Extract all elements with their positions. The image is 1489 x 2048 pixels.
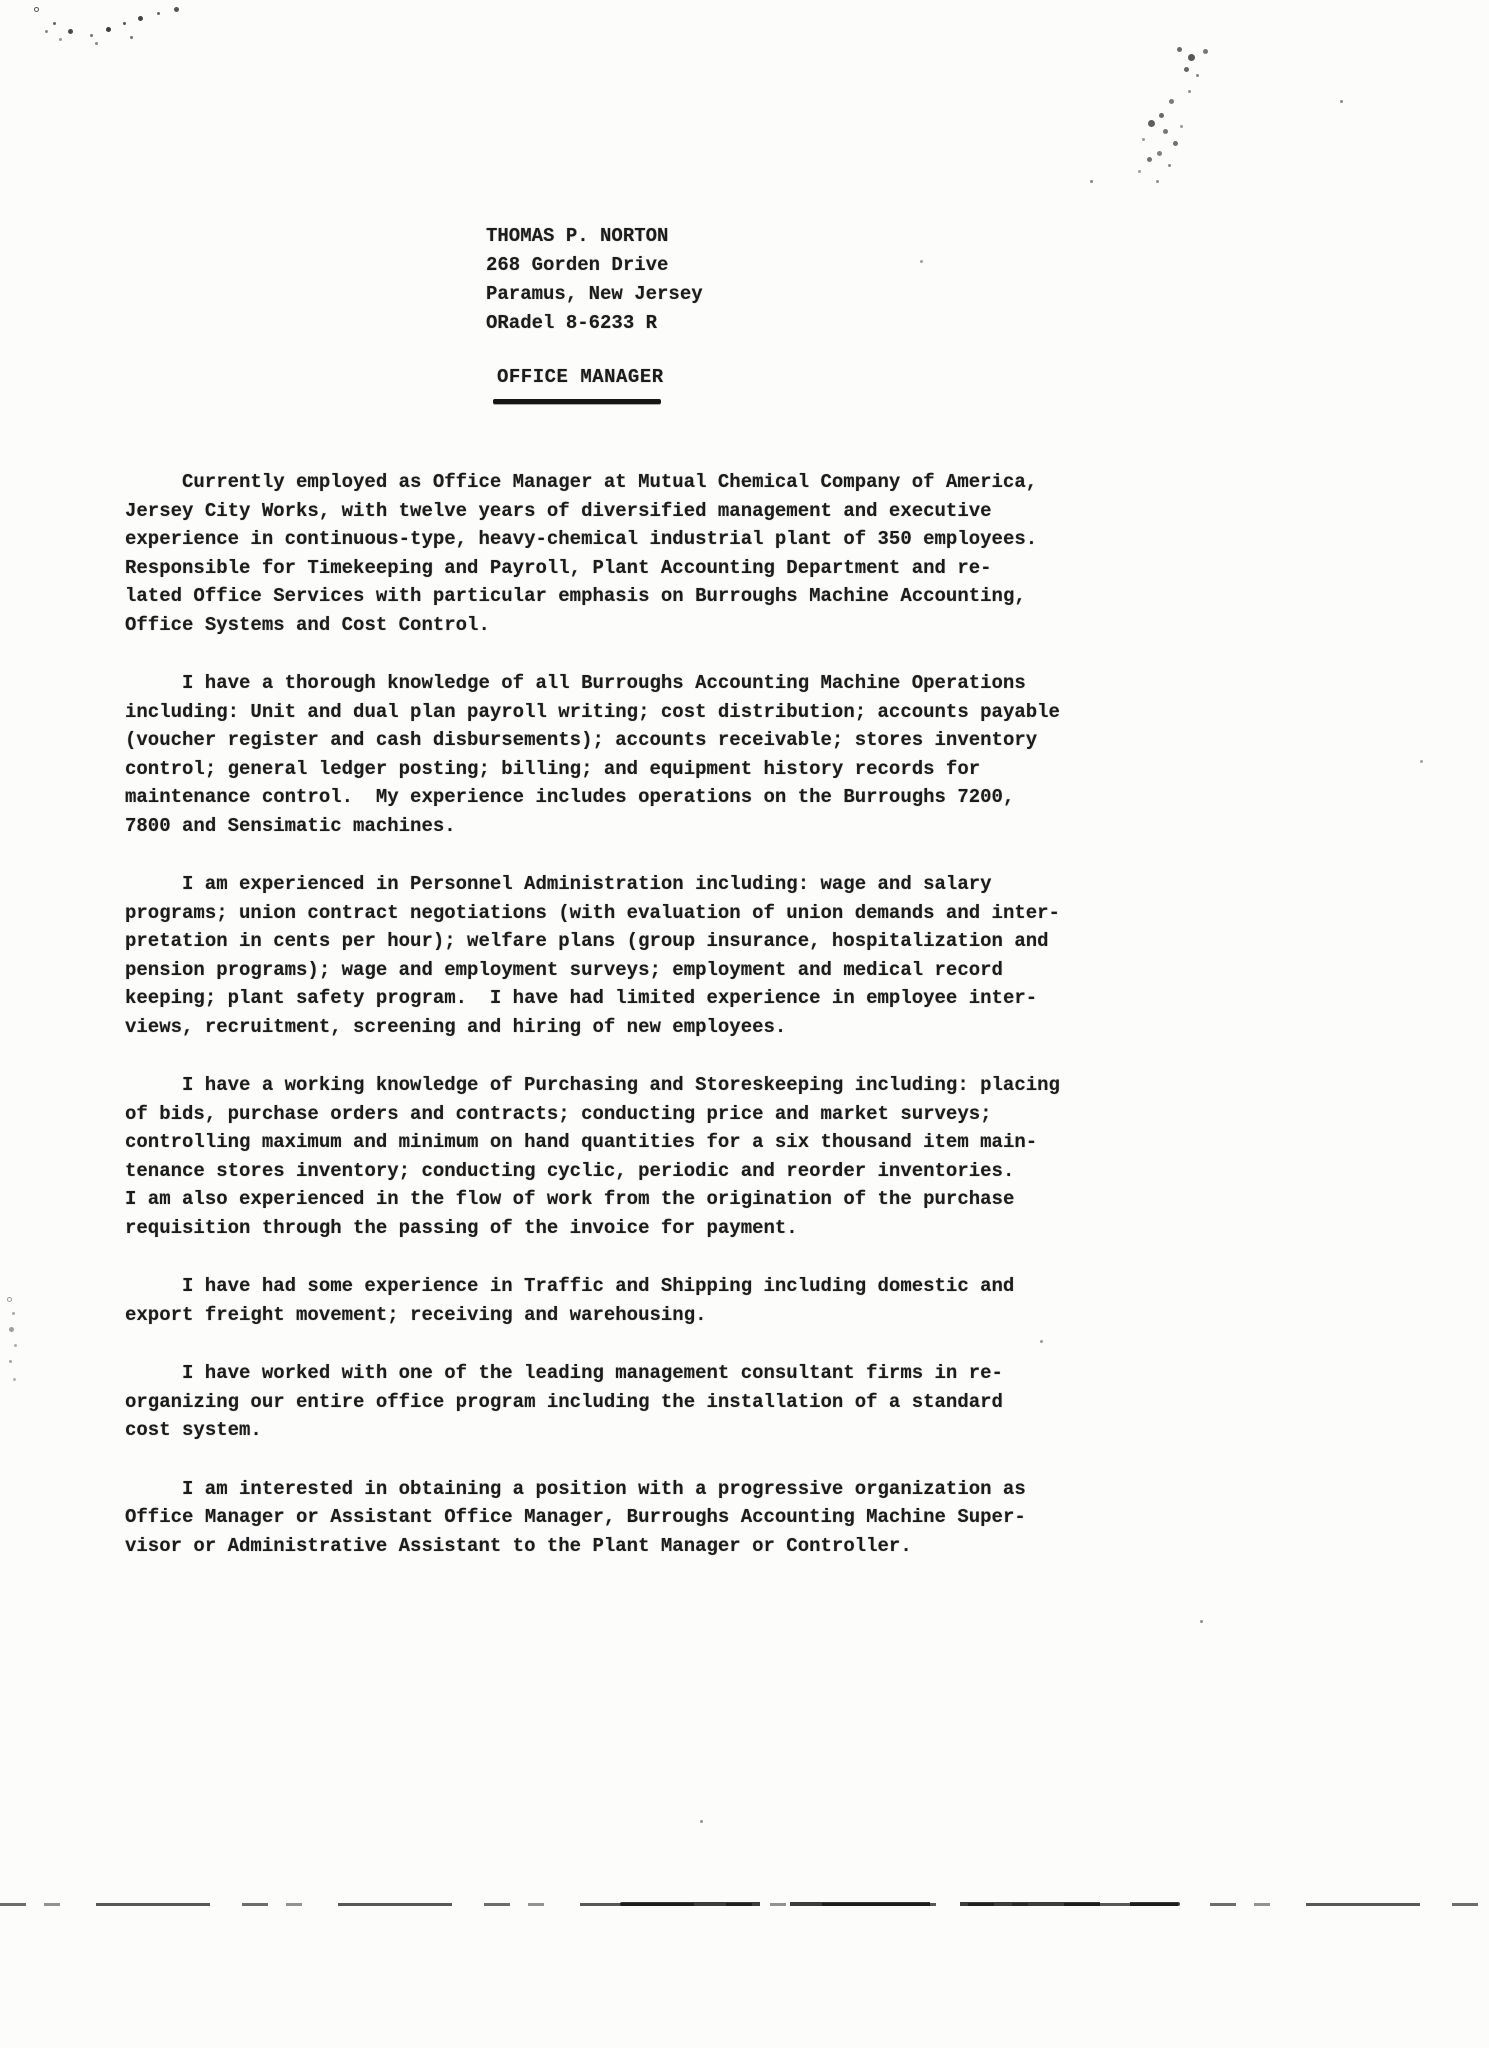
text-line: I am also experienced in the flow of wor…: [125, 1185, 1125, 1214]
contact-address-line2: Paramus, New Jersey: [486, 280, 703, 309]
contact-address-line1: 268 Gorden Drive: [486, 251, 703, 280]
text-line: organizing our entire office program inc…: [125, 1388, 1125, 1417]
text-line: I have worked with one of the leading ma…: [125, 1359, 1125, 1388]
text-line: pretation in cents per hour); welfare pl…: [125, 927, 1125, 956]
text-line: 7800 and Sensimatic machines.: [125, 812, 1125, 841]
page-title: OFFICE MANAGER: [497, 366, 664, 388]
text-line: I have had some experience in Traffic an…: [125, 1272, 1125, 1301]
scan-edge-line-dark: [620, 1902, 1180, 1906]
text-line: I am experienced in Personnel Administra…: [125, 870, 1125, 899]
paragraph: I have a thorough knowledge of all Burro…: [125, 669, 1125, 840]
scan-speckle-left-margin: [8, 1298, 11, 1301]
text-line: visor or Administrative Assistant to the…: [125, 1532, 1125, 1561]
text-line: including: Unit and dual plan payroll wr…: [125, 698, 1125, 727]
text-line: requisition through the passing of the i…: [125, 1214, 1125, 1243]
text-line: views, recruitment, screening and hiring…: [125, 1013, 1125, 1042]
paragraphs: Currently employed as Office Manager at …: [125, 468, 1125, 1590]
text-line: controlling maximum and minimum on hand …: [125, 1128, 1125, 1157]
scanned-resume-page: THOMAS P. NORTON 268 Gorden Drive Paramu…: [0, 0, 1489, 2048]
text-line: I am interested in obtaining a position …: [125, 1475, 1125, 1504]
text-line: lated Office Services with particular em…: [125, 582, 1125, 611]
paragraph: I am interested in obtaining a position …: [125, 1475, 1125, 1561]
text-line: tenance stores inventory; conducting cyc…: [125, 1157, 1125, 1186]
text-line: Responsible for Timekeeping and Payroll,…: [125, 554, 1125, 583]
text-line: maintenance control. My experience inclu…: [125, 783, 1125, 812]
text-line: pension programs); wage and employment s…: [125, 956, 1125, 985]
paragraph: I have worked with one of the leading ma…: [125, 1359, 1125, 1445]
contact-block: THOMAS P. NORTON 268 Gorden Drive Paramu…: [486, 222, 703, 338]
text-line: I have a thorough knowledge of all Burro…: [125, 669, 1125, 698]
contact-phone: ORadel 8-6233 R: [486, 309, 703, 338]
text-line: Office Systems and Cost Control.: [125, 611, 1125, 640]
text-line: Office Manager or Assistant Office Manag…: [125, 1503, 1125, 1532]
scan-speckle-top-right: [1130, 30, 1133, 33]
text-line: keeping; plant safety program. I have ha…: [125, 984, 1125, 1013]
text-line: cost system.: [125, 1416, 1125, 1445]
text-line: I have a working knowledge of Purchasing…: [125, 1071, 1125, 1100]
text-line: experience in continuous-type, heavy-che…: [125, 525, 1125, 554]
title-underline: [493, 399, 661, 404]
contact-name: THOMAS P. NORTON: [486, 222, 703, 251]
scan-speckle-top-left: [35, 8, 38, 11]
text-line: Jersey City Works, with twelve years of …: [125, 497, 1125, 526]
text-line: Currently employed as Office Manager at …: [125, 468, 1125, 497]
text-line: programs; union contract negotiations (w…: [125, 899, 1125, 928]
text-line: control; general ledger posting; billing…: [125, 755, 1125, 784]
text-line: export freight movement; receiving and w…: [125, 1301, 1125, 1330]
paragraph: I have had some experience in Traffic an…: [125, 1272, 1125, 1329]
paragraph: Currently employed as Office Manager at …: [125, 468, 1125, 639]
text-line: (voucher register and cash disbursements…: [125, 726, 1125, 755]
paragraph: I have a working knowledge of Purchasing…: [125, 1071, 1125, 1242]
text-line: of bids, purchase orders and contracts; …: [125, 1100, 1125, 1129]
paragraph: I am experienced in Personnel Administra…: [125, 870, 1125, 1041]
